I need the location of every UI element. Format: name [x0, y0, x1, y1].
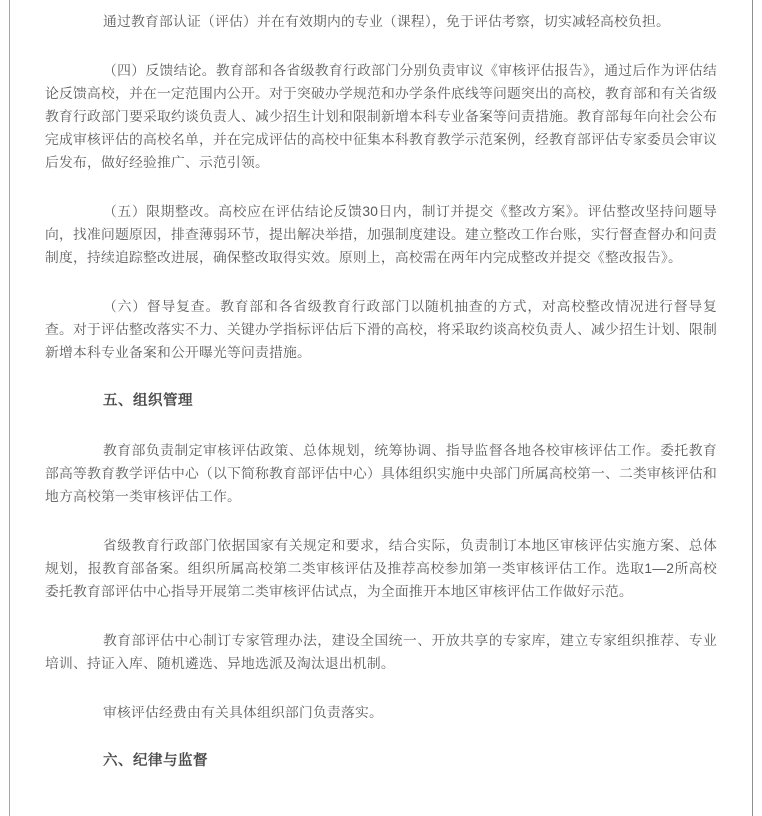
paragraph: 教育部评估中心制订专家管理办法，建设全国统一、开放共享的专家库，建立专家组织推荐…	[45, 629, 717, 675]
paragraph: 教育部负责制定审核评估政策、总体规划，统筹协调、指导监督各地各校审核评估工作。委…	[45, 439, 717, 508]
page-right-border	[752, 0, 753, 816]
section-heading: 六、纪律与监督	[45, 750, 717, 773]
page-left-border	[9, 0, 10, 816]
document-page: 通过教育部认证（评估）并在有效期内的专业（课程），免于评估考察，切实减轻高校负担…	[0, 0, 762, 816]
paragraph: （四）反馈结论。教育部和各省级教育行政部门分别负责审议《审核评估报告》，通过后作…	[45, 59, 717, 174]
paragraph: （六）督导复查。教育部和各省级教育行政部门以随机抽查的方式，对高校整改情况进行督…	[45, 295, 717, 364]
paragraph: 省级教育行政部门依据国家有关规定和要求，结合实际，负责制订本地区审核评估实施方案…	[45, 534, 717, 603]
paragraph: 通过教育部认证（评估）并在有效期内的专业（课程），免于评估考察，切实减轻高校负担…	[45, 10, 717, 33]
section-heading: 五、组织管理	[45, 390, 717, 413]
paragraph: 审核评估经费由有关具体组织部门负责落实。	[45, 701, 717, 724]
paragraph: （五）限期整改。高校应在评估结论反馈30日内，制订并提交《整改方案》。评估整改坚…	[45, 200, 717, 269]
document-body: 通过教育部认证（评估）并在有效期内的专业（课程），免于评估考察，切实减轻高校负担…	[45, 10, 717, 799]
